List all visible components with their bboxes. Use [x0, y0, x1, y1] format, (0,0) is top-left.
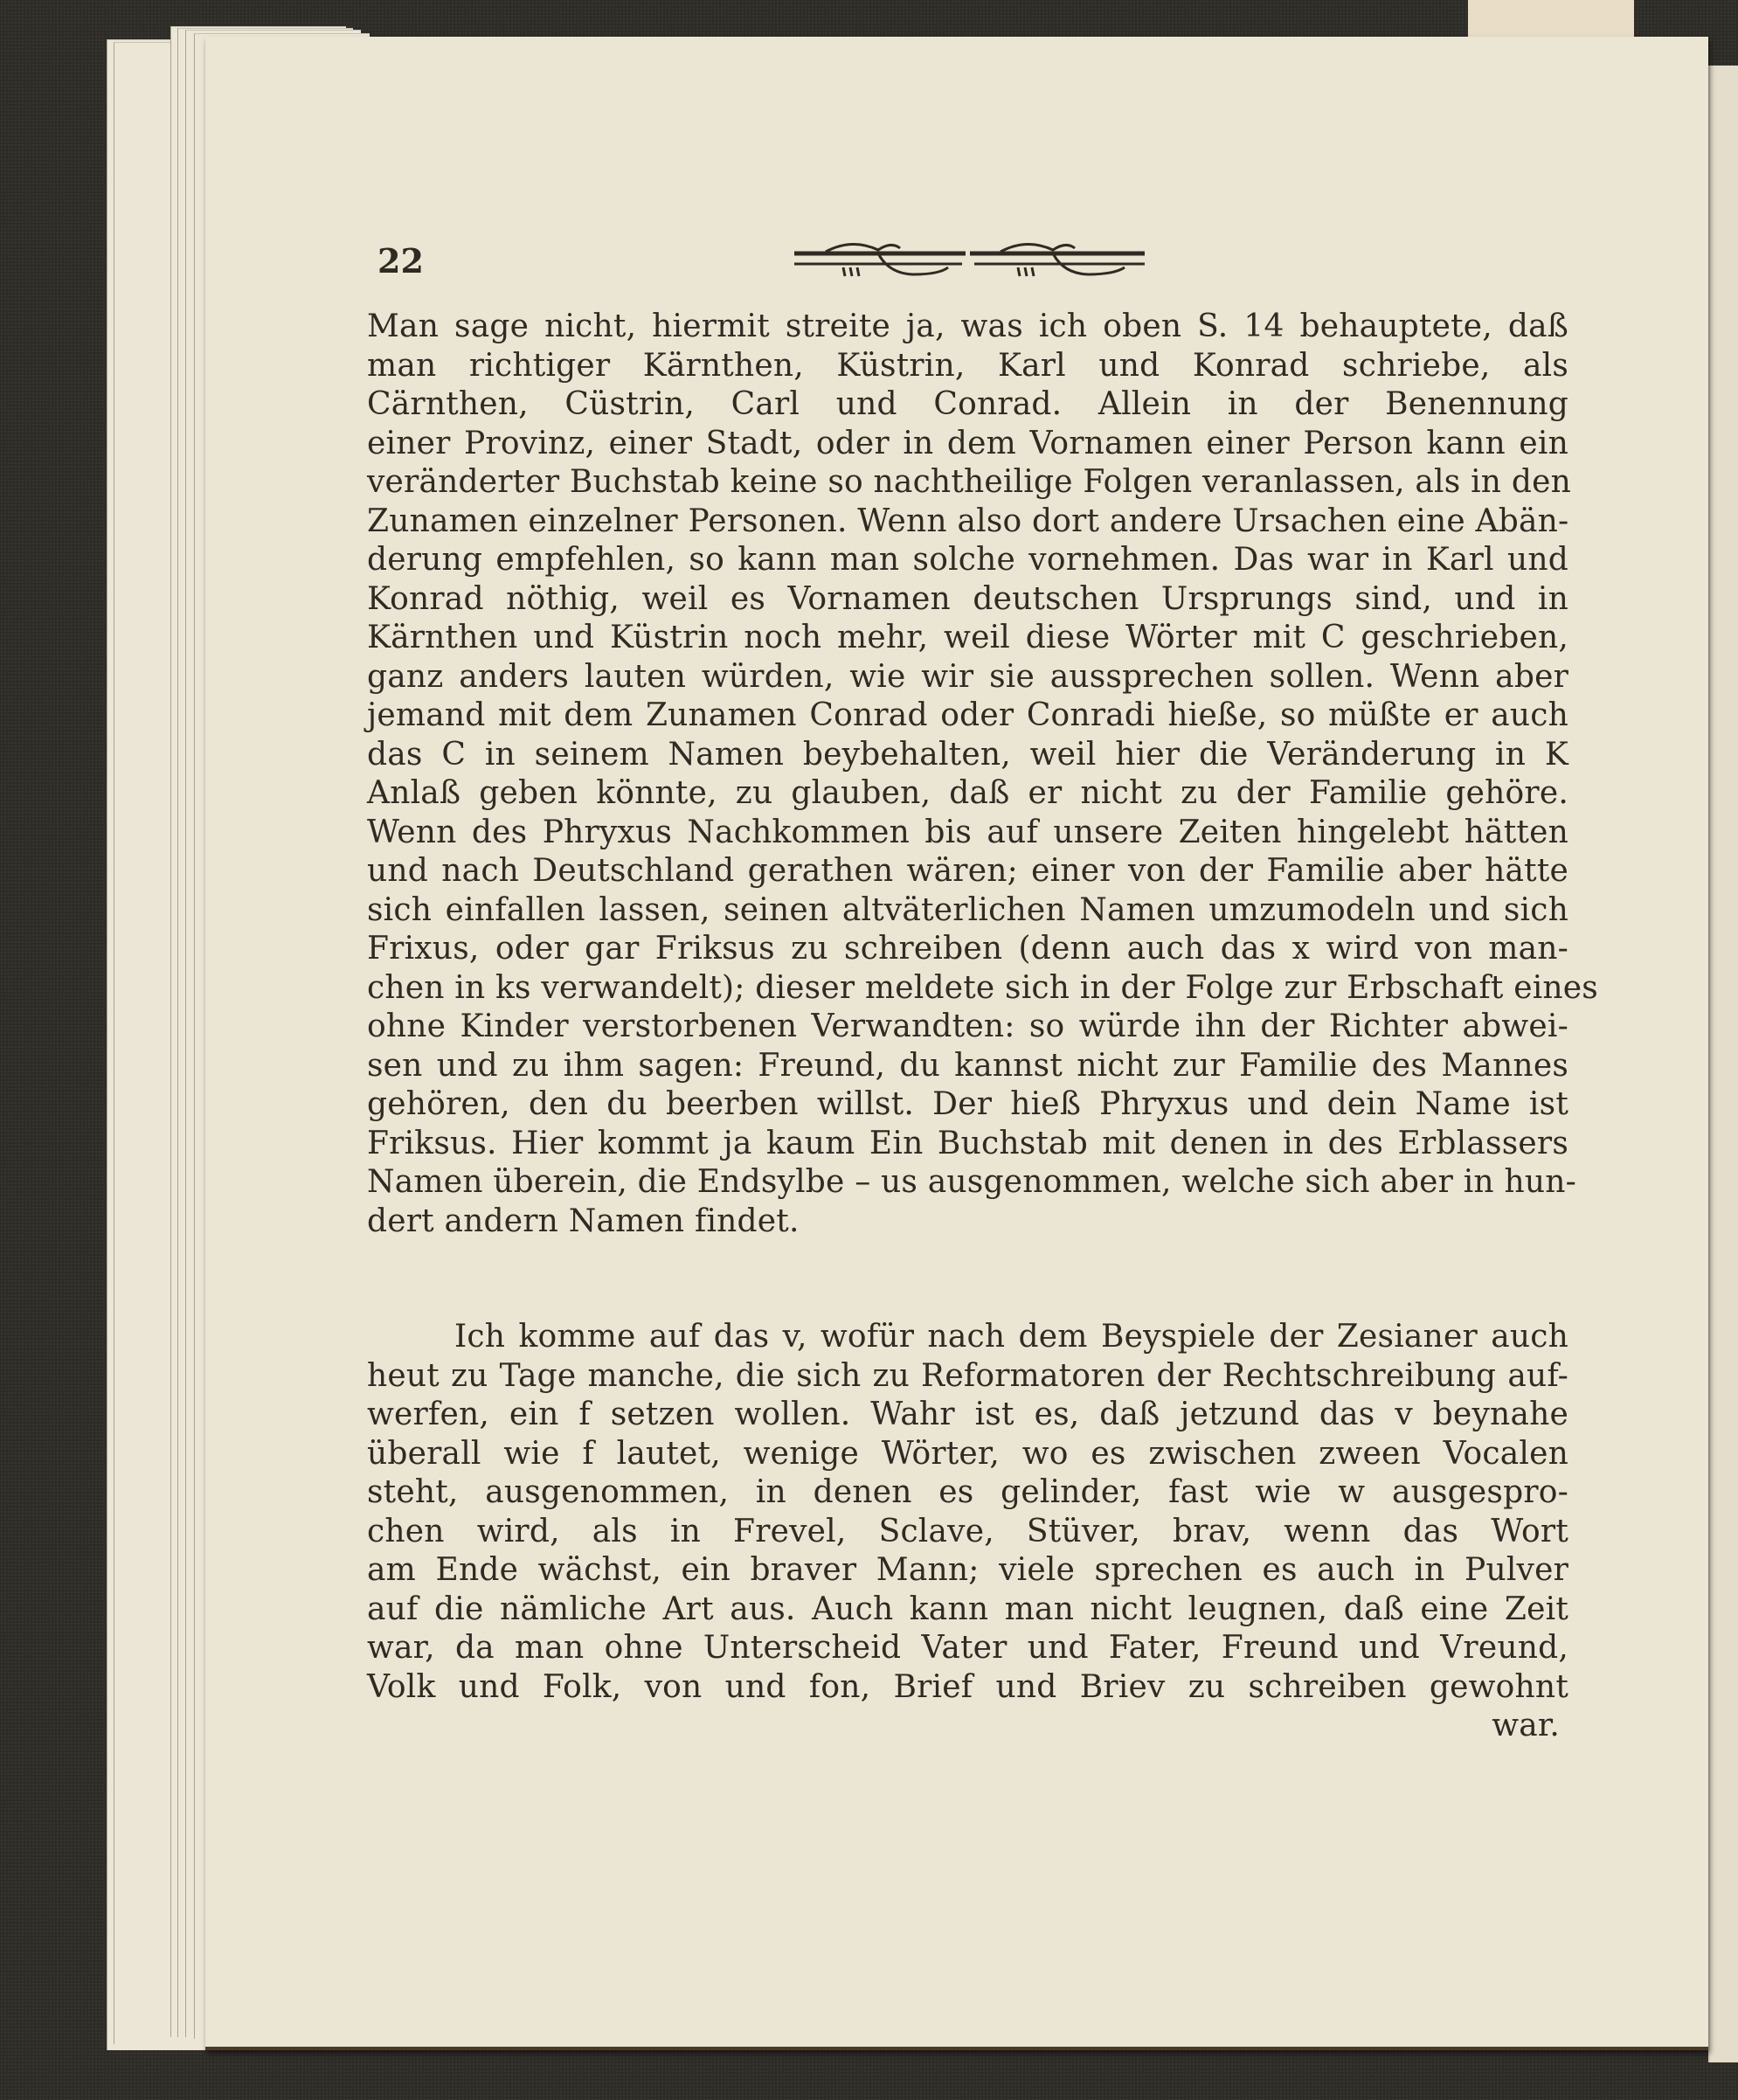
text-line: war, da man ohne Unterscheid Vater und F… [367, 1629, 1568, 1668]
text-line: das C in seinem Namen beybehalten, weil … [367, 736, 1568, 775]
text-line: am Ende wächst, ein braver Mann; viele s… [367, 1551, 1568, 1591]
text-line: Ich komme auf das v, wofür nach dem Beys… [367, 1318, 1568, 1357]
paragraph-1: Man sage nicht, hiermit streite ja, was … [367, 308, 1568, 1241]
text-line: Namen überein, die Endsylbe – us ausgeno… [367, 1163, 1568, 1202]
right-page-edge [1708, 66, 1738, 2062]
text-line: Man sage nicht, hiermit streite ja, was … [367, 308, 1568, 347]
text-line: sich einfallen lassen, seinen altväterli… [367, 891, 1568, 931]
text-line: werfen, ein f setzen wollen. Wahr ist es… [367, 1396, 1568, 1435]
text-line: sen und zu ihm sagen: Freund, du kannst … [367, 1047, 1568, 1086]
text-line: Volk und Folk, von und fon, Brief und Br… [367, 1668, 1568, 1708]
paragraph-2: Ich komme auf das v, wofür nach dem Beys… [367, 1318, 1568, 1746]
text-line: einer Provinz, einer Stadt, oder in dem … [367, 425, 1568, 464]
text-line: Cärnthen, Cüstrin, Carl und Conrad. Alle… [367, 385, 1568, 425]
text-line: ohne Kinder verstorbenen Verwandten: so … [367, 1008, 1568, 1047]
catchword-line: war. [367, 1707, 1568, 1746]
paragraph-spacer [367, 1241, 1568, 1318]
text-line: dert andern Namen findet. [367, 1202, 1568, 1242]
text-line: jemand mit dem Zunamen Conrad oder Conra… [367, 697, 1568, 736]
text-line: veränderter Buchstab keine so nachtheili… [367, 463, 1568, 502]
text-line: ganz anders lauten würden, wie wir sie a… [367, 658, 1568, 697]
text-line: Konrad nöthig, weil es Vornamen deutsche… [367, 580, 1568, 620]
text-line: Zunamen einzelner Personen. Wenn also do… [367, 502, 1568, 542]
text-line: Wenn des Phryxus Nachkommen bis auf unse… [367, 814, 1568, 853]
text-line: steht, ausgenommen, in denen es gelinder… [367, 1473, 1568, 1513]
text-line: Frixus, oder gar Friksus zu schreiben (d… [367, 930, 1568, 969]
text-line: und nach Deutschland gerathen wären; ein… [367, 852, 1568, 891]
text-line: Friksus. Hier kommt ja kaum Ein Buchstab… [367, 1125, 1568, 1164]
text-line: Kärnthen und Küstrin noch mehr, weil die… [367, 619, 1568, 658]
headpiece-ornament-icon [791, 234, 1149, 280]
text-line: chen in ks verwandelt); dieser meldete s… [367, 969, 1568, 1008]
text-line: gehören, den du beerben willst. Der hieß… [367, 1085, 1568, 1125]
text-line: Anlaß geben könnte, zu glauben, daß er n… [367, 774, 1568, 814]
text-line: chen wird, als in Frevel, Sclave, Stüver… [367, 1513, 1568, 1552]
text-line: man richtiger Kärnthen, Küstrin, Karl un… [367, 347, 1568, 386]
body-text: Man sage nicht, hiermit streite ja, was … [367, 308, 1568, 1746]
text-line: derung empfehlen, so kann man solche vor… [367, 541, 1568, 580]
text-line: auf die nämliche Art aus. Auch kann man … [367, 1591, 1568, 1630]
text-line: überall wie f lautet, wenige Wörter, wo … [367, 1435, 1568, 1474]
text-line: heut zu Tage manche, die sich zu Reforma… [367, 1357, 1568, 1397]
page-number: 22 [377, 241, 424, 281]
